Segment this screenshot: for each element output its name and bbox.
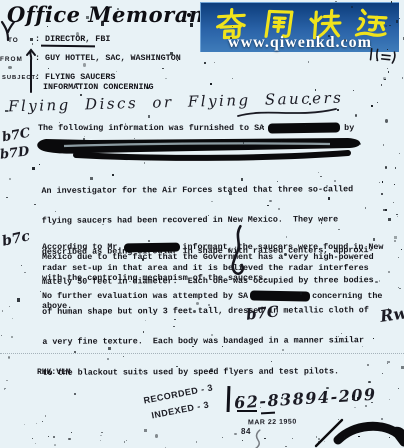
noise-speck [382,373,383,374]
noise-speck [8,356,10,359]
title-bullet [187,13,191,17]
noise-speck [48,68,49,69]
noise-speck [398,388,399,390]
scanned-memo-page: Office Memorandum 奇闻快递 [0,0,404,448]
subject-value: : FLYING SAUCERS [35,72,115,82]
body-line: According to Mr. informant, the saucers … [42,242,383,252]
noise-speck [71,432,72,434]
noise-speck [204,62,206,65]
foia-code-below-body: b7C [245,302,280,323]
noise-speck [6,197,8,198]
noise-speck [388,71,390,73]
redaction-bar [250,291,310,302]
body-line: to the blackout suits used by speed flye… [42,366,374,378]
noise-speck [401,366,404,369]
watermark-banner: 奇闻快递 [200,2,399,52]
signature-scrawl [296,416,404,448]
noise-speck [394,184,395,185]
noise-speck [393,202,394,203]
from-value: : GUY HOTTEL, SAC, WASHINGTON [35,53,181,63]
noise-speck [387,361,390,363]
noise-speck [385,209,387,212]
noise-speck [196,441,197,443]
noise-speck [17,298,20,302]
body-paragraph-3: No further evaluation was attempted by S… [42,291,382,312]
noise-speck [383,77,386,80]
noise-speck [8,66,12,69]
subject-value-2: INFORMATION CONCERNING [43,82,154,92]
para2-pre: According to Mr. [42,242,122,252]
noise-speck [389,399,390,400]
noise-speck [399,153,400,154]
noise-speck [116,71,117,72]
noise-speck [165,447,166,448]
redaction-bar-large [30,131,366,161]
noise-speck [68,438,70,441]
foia-code-margin: b7c [1,228,32,249]
noise-speck [355,114,358,117]
noise-speck [24,424,25,425]
noise-speck [353,90,354,91]
underline-mark [41,45,95,48]
from-label: FROM [0,56,23,63]
noise-speck [383,144,384,145]
noise-speck [354,407,356,408]
redaction-bar [124,242,180,252]
noise-speck [9,306,10,307]
noise-speck [36,423,37,424]
noise-speck [162,68,164,69]
noise-speck [45,415,47,416]
noise-speck [388,271,390,273]
handwritten-mark [24,48,38,96]
body-line: No further evaluation was attempted by S… [42,291,382,301]
noise-speck [365,405,367,407]
noise-speck [32,43,34,45]
noise-speck [155,434,158,438]
body-line: with the controling mechanism of the sau… [42,273,383,283]
noise-speck [385,119,388,123]
noise-speck [1,335,2,336]
noise-speck [4,389,5,390]
scan-fold-line [0,353,404,354]
noise-speck [124,441,126,442]
para2-rest: informant, the saucers were found in New [182,242,383,252]
para3-post: concerning the [312,291,382,301]
noise-speck [395,167,397,169]
typist-initials: RHK:VLM [37,368,71,377]
noise-speck [396,214,398,216]
body-line: above. [42,301,382,311]
noise-speck [12,318,13,319]
noise-speck [388,218,391,221]
noise-speck [387,68,388,69]
noise-speck [381,84,382,86]
noise-speck [126,440,127,441]
noise-speck [242,440,244,441]
noise-speck [32,438,34,439]
noise-speck [399,18,400,20]
noise-speck [292,438,293,439]
body-line: An investigator for the Air Forces state… [41,184,373,196]
para3-pre: No further evaluation was attempted by S… [42,291,248,301]
noise-speck [40,291,41,292]
underline-mark [261,412,275,415]
handwritten-mark [367,46,399,65]
noise-speck [371,105,372,106]
noise-speck [144,429,147,432]
noise-speck [9,178,11,180]
body-line: Mexico due to the fact that the Governme… [42,252,383,262]
handwritten-mark [0,20,16,42]
noise-speck [100,435,101,436]
handwritten-stroke [227,386,230,412]
noise-speck [382,181,383,182]
to-value: : DIRECTOR, FBI [35,34,110,44]
noise-speck [398,287,399,288]
noise-speck [399,288,400,290]
noise-speck [54,444,57,446]
body-line: a very fine texture. Each body was banda… [42,336,374,348]
noise-speck [385,166,387,168]
noise-speck [308,61,309,62]
noise-speck [24,272,25,273]
noise-speck [6,380,8,381]
noise-speck [83,63,86,66]
body-line: radar set-up in that area and it is beli… [42,263,383,273]
noise-speck [397,216,398,217]
noise-speck [210,83,212,85]
handwritten-flourish [236,104,340,120]
noise-speck [379,182,381,183]
noise-speck [377,102,378,103]
underline-mark [237,410,257,412]
noise-speck [384,79,386,81]
body-line: flying saucers had been recovered in New… [42,214,374,226]
noise-speck [381,193,383,195]
noise-speck [387,363,388,364]
noise-speck [35,443,36,444]
noise-speck [214,62,215,63]
number-84: 84 [241,427,251,436]
noise-speck [30,38,33,41]
corner-initials: Rw [379,303,404,326]
noise-speck [402,77,403,78]
body-paragraph-2: According to Mr. informant, the saucers … [42,242,383,283]
noise-speck [234,433,237,435]
date-stamp: MAR 22 1950 [248,419,297,427]
noise-speck [53,436,56,438]
noise-speck [371,105,373,107]
noise-speck [165,78,167,80]
noise-speck [285,446,287,448]
noise-speck [232,78,233,79]
noise-speck [32,167,34,170]
noise-speck [401,249,402,250]
noise-speck [383,209,385,211]
noise-speck [2,310,4,312]
noise-speck [101,432,103,434]
noise-speck [39,164,40,165]
noise-speck [144,162,146,164]
noise-speck [21,265,22,266]
foia-code-b7c: b7C [1,126,32,146]
noise-speck [4,388,5,390]
foia-code-b7d: b7D [0,144,30,162]
noise-speck [398,257,399,258]
noise-speck [394,236,396,239]
noise-speck [394,240,396,243]
noise-speck [34,204,36,205]
noise-speck [222,437,223,438]
noise-speck [48,436,49,437]
noise-speck [11,336,14,338]
noise-speck [100,440,101,441]
noise-speck [148,115,151,119]
noise-speck [42,421,43,423]
